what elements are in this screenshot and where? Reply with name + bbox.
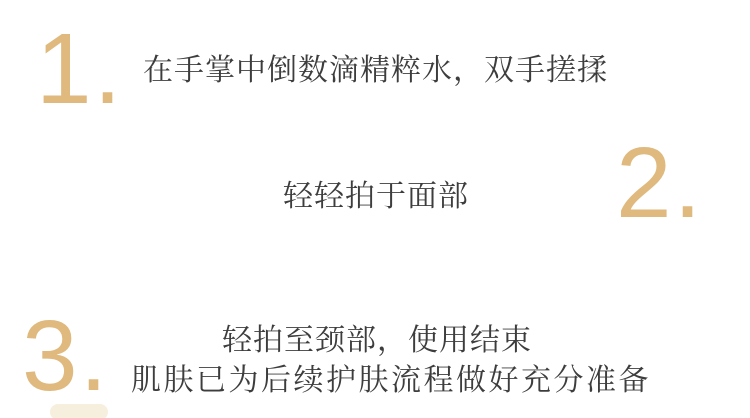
step-3-text-line-2: 肌肤已为后续护肤流程做好充分准备 — [131, 365, 651, 397]
cropped-bottom-artifact — [50, 404, 108, 418]
step-1-number: 1. — [36, 19, 123, 119]
step-2-text: 轻轻拍于面部 — [283, 181, 469, 213]
step-3-text-line-1: 轻拍至颈部，使用结束 — [222, 325, 532, 357]
step-1-text: 在手掌中倒数滴精粹水，双手搓揉 — [143, 55, 608, 87]
usage-steps-panel: 1. 在手掌中倒数滴精粹水，双手搓揉 轻轻拍于面部 2. 3. 轻拍至颈部，使用… — [0, 0, 750, 418]
step-2-number: 2. — [616, 133, 703, 233]
step-3-number: 3. — [22, 306, 109, 406]
